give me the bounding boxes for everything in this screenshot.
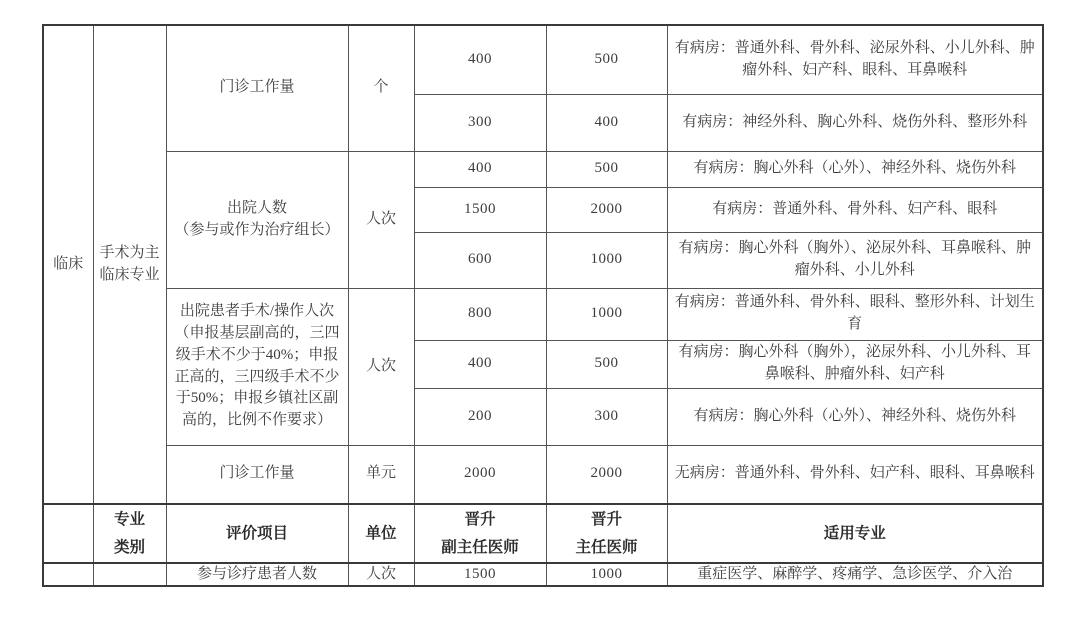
applicable-cell: 有病房：神经外科、胸心外科、烧伤外科、整形外科 (667, 94, 1043, 151)
applicable-cell: 有病房：胸心外科（胸外）、泌尿外科、耳鼻喉科、肿瘤外科、小儿外科 (667, 232, 1043, 288)
category-cell: 临床 (43, 25, 93, 504)
unit-cell: 个 (348, 25, 414, 151)
applicable-cell: 无病房：普通外科、骨外科、妇产科、眼科、耳鼻喉科 (667, 445, 1043, 504)
deputy-value: 300 (414, 94, 546, 151)
header-category: 专业 类别 (93, 504, 166, 563)
empty-cell (43, 563, 93, 586)
chief-value: 1000 (546, 288, 667, 340)
deputy-value: 1500 (414, 187, 546, 232)
document-page: 临床 手术为主 临床专业 门诊工作量 个 400 500 有病房：普通外科、骨外… (0, 0, 1080, 620)
header-promotion-chief: 晋升 主任医师 (546, 504, 667, 563)
chief-value: 400 (546, 94, 667, 151)
header-empty-cell (43, 504, 93, 563)
applicable-cell: 有病房：胸心外科（心外）、神经外科、烧伤外科 (667, 388, 1043, 445)
header-item: 评价项目 (166, 504, 348, 563)
item-cell: 门诊工作量 (166, 25, 348, 151)
unit-cell: 单元 (348, 445, 414, 504)
deputy-value: 400 (414, 25, 546, 94)
item-cell: 参与诊疗患者人数 (166, 563, 348, 586)
deputy-value: 400 (414, 151, 546, 187)
chief-value: 1000 (546, 563, 667, 586)
subcategory-cell: 手术为主 临床专业 (93, 25, 166, 504)
table-row: 出院患者手术/操作人次（申报基层副高的，三四级手术不少于40%；申报正高的，三四… (43, 288, 1043, 340)
deputy-value: 400 (414, 340, 546, 388)
chief-value: 500 (546, 340, 667, 388)
deputy-value: 800 (414, 288, 546, 340)
deputy-value: 1500 (414, 563, 546, 586)
applicable-cell: 有病房：胸心外科（心外）、神经外科、烧伤外科 (667, 151, 1043, 187)
evaluation-criteria-table: 临床 手术为主 临床专业 门诊工作量 个 400 500 有病房：普通外科、骨外… (42, 24, 1044, 587)
chief-value: 300 (546, 388, 667, 445)
applicable-cell: 有病房：普通外科、骨外科、眼科、整形外科、计划生育 (667, 288, 1043, 340)
applicable-cell: 有病房：胸心外科（胸外），泌尿外科、小儿外科、耳鼻喉科、肿瘤外科、妇产科 (667, 340, 1043, 388)
chief-value: 1000 (546, 232, 667, 288)
header-applicable: 适用专业 (667, 504, 1043, 563)
header-promotion-deputy: 晋升 副主任医师 (414, 504, 546, 563)
chief-value: 500 (546, 25, 667, 94)
empty-cell (93, 563, 166, 586)
applicable-cell: 有病房：普通外科、骨外科、泌尿外科、小儿外科、肿瘤外科、妇产科、眼科、耳鼻喉科 (667, 25, 1043, 94)
table-row: 临床 手术为主 临床专业 门诊工作量 个 400 500 有病房：普通外科、骨外… (43, 25, 1043, 94)
deputy-value: 200 (414, 388, 546, 445)
unit-cell: 人次 (348, 563, 414, 586)
unit-cell: 人次 (348, 151, 414, 288)
deputy-value: 2000 (414, 445, 546, 504)
chief-value: 500 (546, 151, 667, 187)
chief-value: 2000 (546, 445, 667, 504)
header-unit: 单位 (348, 504, 414, 563)
table-row: 门诊工作量 单元 2000 2000 无病房：普通外科、骨外科、妇产科、眼科、耳… (43, 445, 1043, 504)
unit-cell: 人次 (348, 288, 414, 445)
item-cell: 出院人数 （参与或作为治疗组长） (166, 151, 348, 288)
applicable-cell: 重症医学、麻醉学、疼痛学、急诊医学、介入治 (667, 563, 1043, 586)
applicable-cell: 有病房：普通外科、骨外科、妇产科、眼科 (667, 187, 1043, 232)
item-cell: 门诊工作量 (166, 445, 348, 504)
table-row: 参与诊疗患者人数 人次 1500 1000 重症医学、麻醉学、疼痛学、急诊医学、… (43, 563, 1043, 586)
deputy-value: 600 (414, 232, 546, 288)
item-cell: 出院患者手术/操作人次（申报基层副高的，三四级手术不少于40%；申报正高的，三四… (166, 288, 348, 445)
table-row: 出院人数 （参与或作为治疗组长） 人次 400 500 有病房：胸心外科（心外）… (43, 151, 1043, 187)
chief-value: 2000 (546, 187, 667, 232)
header-row: 专业 类别 评价项目 单位 晋升 副主任医师 晋升 主任医师 适用专业 (43, 504, 1043, 563)
